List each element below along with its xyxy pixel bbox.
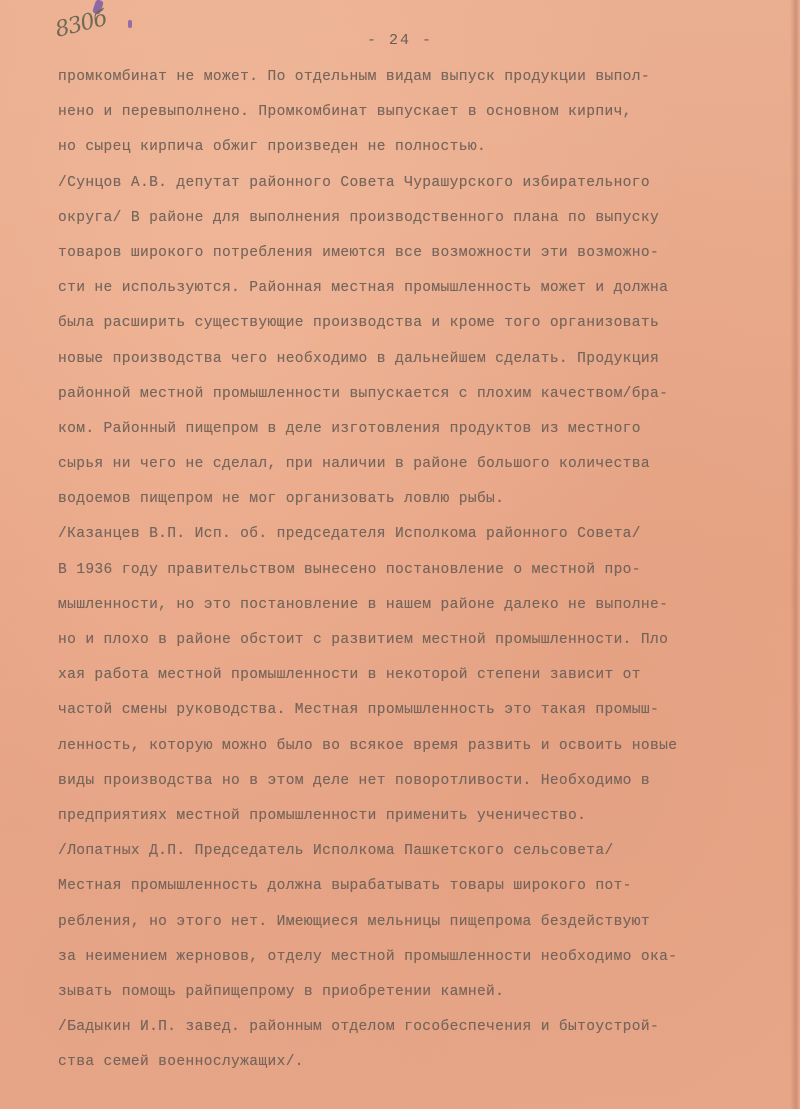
text-line: ребления, но этого нет. Имеющиеся мельни… bbox=[58, 905, 798, 940]
page-number: - 24 - bbox=[0, 32, 800, 49]
text-line: сырья ни чего не сделал, при наличии в р… bbox=[58, 447, 798, 482]
text-line: ком. Районный пищепром в деле изготовлен… bbox=[58, 412, 798, 447]
text-line: промкомбинат не может. По отдельным вида… bbox=[58, 60, 798, 95]
typewritten-text-body: промкомбинат не может. По отдельным вида… bbox=[58, 60, 798, 1080]
text-line: /Сунцов А.В. депутат районного Совета Чу… bbox=[58, 166, 798, 201]
text-line: округа/ В районе для выполнения производ… bbox=[58, 201, 798, 236]
text-line: предприятиях местной промышленности прим… bbox=[58, 799, 798, 834]
text-line: но сырец кирпича обжиг произведен не пол… bbox=[58, 130, 798, 165]
text-line: В 1936 году правительством вынесено пост… bbox=[58, 553, 798, 588]
text-line: хая работа местной промышленности в неко… bbox=[58, 658, 798, 693]
text-line: была расширить существующие производства… bbox=[58, 306, 798, 341]
text-line: но и плохо в районе обстоит с развитием … bbox=[58, 623, 798, 658]
text-line: /Лопатных Д.П. Председатель Исполкома Па… bbox=[58, 834, 798, 869]
text-line: /Бадыкин И.П. завед. районным отделом го… bbox=[58, 1010, 798, 1045]
text-line: виды производства но в этом деле нет пов… bbox=[58, 764, 798, 799]
text-line: ства семей военнослужащих/. bbox=[58, 1045, 798, 1080]
text-line: Местная промышленность должна вырабатыва… bbox=[58, 869, 798, 904]
text-line: ленность, которую можно было во всякое в… bbox=[58, 729, 798, 764]
ink-mark bbox=[128, 20, 132, 28]
text-line: товаров широкого потребления имеются все… bbox=[58, 236, 798, 271]
text-line: /Казанцев В.П. Исп. об. председателя Исп… bbox=[58, 517, 798, 552]
text-line: зывать помощь райпищепрому в приобретени… bbox=[58, 975, 798, 1010]
text-line: частой смены руководства. Местная промыш… bbox=[58, 693, 798, 728]
text-line: нено и перевыполнено. Промкомбинат выпус… bbox=[58, 95, 798, 130]
text-line: новые производства чего необходимо в дал… bbox=[58, 342, 798, 377]
text-line: за неимением жерновов, отделу местной пр… bbox=[58, 940, 798, 975]
text-line: водоемов пищепром не мог организовать ло… bbox=[58, 482, 798, 517]
text-line: сти не используются. Районная местная пр… bbox=[58, 271, 798, 306]
text-line: районной местной промышленности выпускае… bbox=[58, 377, 798, 412]
text-line: мышленности, но это постановление в наше… bbox=[58, 588, 798, 623]
